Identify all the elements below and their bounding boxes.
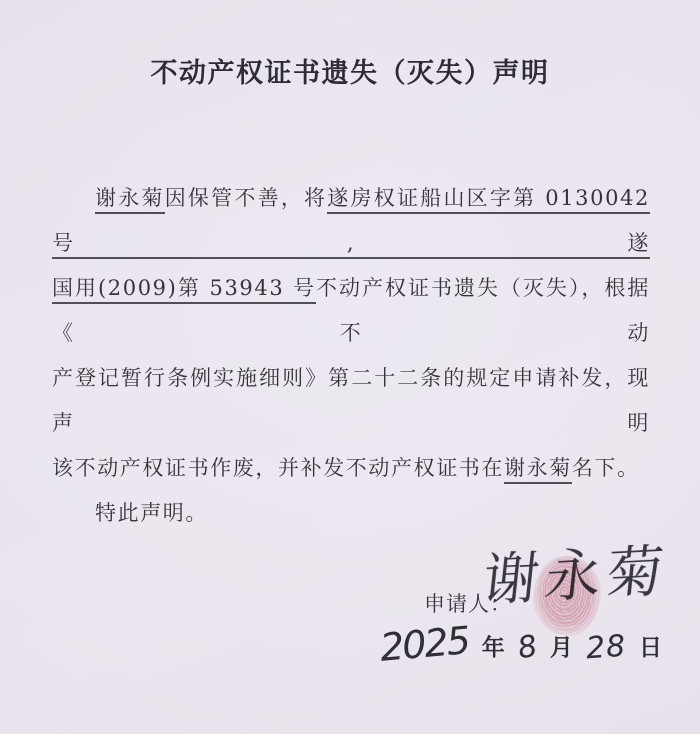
- underlined-text: 谢永菊: [95, 186, 165, 214]
- body-text: 特此声明。: [95, 501, 208, 525]
- underlined-text: 国用(2009)第 53943 号: [52, 276, 316, 304]
- body-text: 名下。: [572, 456, 640, 480]
- date-month-unit: 月: [550, 629, 573, 662]
- body-line: 该不动产权证书作废，并补发不动产权证书在谢永菊名下。: [52, 446, 650, 491]
- handwritten-date-line: 2025 年 8 月 28 日: [380, 622, 662, 666]
- date-day-unit: 日: [639, 629, 662, 662]
- body-line: 国用(2009)第 53943 号不动产权证书遗失（灭失），根据《不动: [52, 266, 650, 356]
- body-text: 产登记暂行条例实施细则》第二十二条的规定申请补发，现声明: [52, 366, 650, 435]
- underlined-text: 谢永菊: [504, 456, 572, 484]
- scanned-declaration-page: 不动产权证书遗失（灭失）声明 谢永菊因保管不善，将遂房权证船山区字第 01300…: [0, 0, 700, 734]
- document-title: 不动产权证书遗失（灭失）声明: [0, 51, 700, 90]
- date-day: 28: [585, 629, 628, 667]
- body-line: 产登记暂行条例实施细则》第二十二条的规定申请补发，现声明: [52, 356, 650, 446]
- closing-statement-line: 特此声明。: [52, 491, 650, 536]
- date-month: 8: [515, 629, 540, 667]
- declaration-body: 谢永菊因保管不善，将遂房权证船山区字第 0130042 号,遂 国用(2009)…: [52, 176, 650, 536]
- body-text: 该不动产权证书作废，并补发不动产权证书在: [52, 456, 504, 480]
- body-text: 因保管不善，将: [165, 186, 328, 210]
- date-year: 2025: [378, 618, 470, 670]
- body-line: 谢永菊因保管不善，将遂房权证船山区字第 0130042 号,遂: [52, 176, 650, 266]
- date-year-unit: 年: [482, 629, 505, 662]
